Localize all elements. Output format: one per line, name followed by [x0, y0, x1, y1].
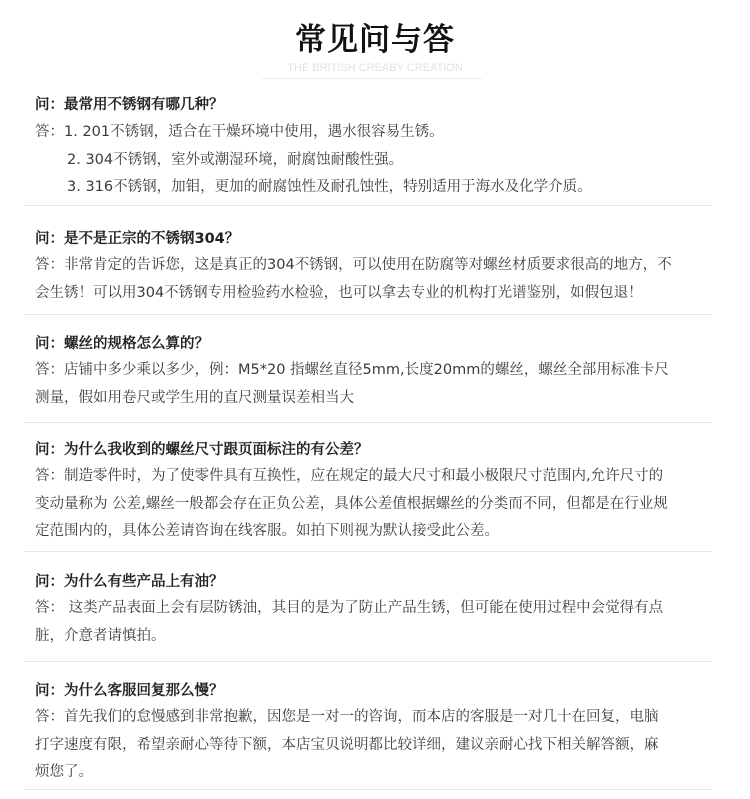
answer-line: 答：非常肯定的告诉您，这是真正的304不锈钢，可以使用在防腐等对螺丝材质要求很高… — [35, 252, 715, 280]
faq-answer: 答：1. 201不锈钢，适合在干燥环境中使用，遇水很容易生锈。 2. 304不锈… — [35, 119, 715, 202]
faq-item: 问：为什么我收到的螺丝尺寸跟页面标注的有公差？ 答：制造零件时，为了使零件具有互… — [24, 437, 712, 552]
answer-line: 答： 这类产品表面上会有层防锈油，其目的是为了防止产品生锈，但可能在使用过程中会… — [35, 595, 715, 623]
answer-line: 变动量称为 公差,螺丝一般都会存在正负公差，具体公差值根据螺丝的分类而不同，但都… — [35, 491, 715, 519]
faq-answer: 答：制造零件时，为了使零件具有互换性，应在规定的最大尺寸和最小极限尺寸范围内,允… — [35, 463, 715, 546]
faq-answer: 答： 这类产品表面上会有层防锈油，其目的是为了防止产品生锈，但可能在使用过程中会… — [35, 595, 715, 650]
faq-question: 问：为什么我收到的螺丝尺寸跟页面标注的有公差？ — [35, 437, 369, 463]
faq-item: 问：螺丝的规格怎么算的？ 答：店铺中多少乘以多少，例：M5*20 指螺丝直径5m… — [24, 331, 712, 423]
faq-answer: 答：店铺中多少乘以多少，例：M5*20 指螺丝直径5mm,长度20mm的螺丝，螺… — [35, 357, 715, 412]
faq-item: 问：为什么客服回复那么慢？ 答：首先我们的怠慢感到非常抱歉，因您是一对一的咨询，… — [24, 678, 712, 790]
faq-item: 问：是不是正宗的不锈钢304？ 答：非常肯定的告诉您，这是真正的304不锈钢，可… — [24, 226, 712, 315]
answer-line: 测量，假如用卷尺或学生用的直尺测量误差相当大 — [35, 385, 715, 413]
answer-line: 2. 304不锈钢，室外或潮湿环境，耐腐蚀耐酸性强。 — [35, 147, 715, 175]
page-header: 常见问与答 THE BRITISH CREABY CREATION — [0, 0, 750, 90]
answer-line: 答：1. 201不锈钢，适合在干燥环境中使用，遇水很容易生锈。 — [35, 119, 715, 147]
answer-line: 脏，介意者请慎拍。 — [35, 623, 715, 651]
faq-question: 问：最常用不锈钢有哪几种？ — [35, 92, 224, 118]
answer-line: 定范围内的，具体公差请咨询在线客服。如拍下则视为默认接受此公差。 — [35, 518, 715, 546]
answer-line: 答：首先我们的怠慢感到非常抱歉，因您是一对一的咨询，而本店的客服是一对几十在回复… — [35, 704, 715, 732]
answer-line: 答：制造零件时，为了使零件具有互换性，应在规定的最大尺寸和最小极限尺寸范围内,允… — [35, 463, 715, 491]
answer-line: 会生锈！可以用304不锈钢专用检验药水检验，也可以拿去专业的机构打光谱鉴别，如假… — [35, 280, 715, 308]
faq-item: 问：为什么有些产品上有油？ 答： 这类产品表面上会有层防锈油，其目的是为了防止产… — [24, 569, 712, 662]
answer-line: 3. 316不锈钢，加钼，更加的耐腐蚀性及耐孔蚀性，特别适用于海水及化学介质。 — [35, 174, 715, 202]
page-title: 常见问与答 — [0, 20, 750, 60]
answer-line: 烦您了。 — [35, 759, 715, 787]
faq-question: 问：是不是正宗的不锈钢304？ — [35, 226, 239, 252]
faq-question: 问：螺丝的规格怎么算的？ — [35, 331, 209, 357]
answer-line: 答：店铺中多少乘以多少，例：M5*20 指螺丝直径5mm,长度20mm的螺丝，螺… — [35, 357, 715, 385]
faq-item: 问：最常用不锈钢有哪几种？ 答：1. 201不锈钢，适合在干燥环境中使用，遇水很… — [24, 92, 712, 206]
faq-answer: 答：首先我们的怠慢感到非常抱歉，因您是一对一的咨询，而本店的客服是一对几十在回复… — [35, 704, 715, 787]
answer-line: 打字速度有限，希望亲耐心等待下额，本店宝贝说明都比较详细，建议亲耐心找下相关解答… — [35, 732, 715, 760]
faq-answer: 答：非常肯定的告诉您，这是真正的304不锈钢，可以使用在防腐等对螺丝材质要求很高… — [35, 252, 715, 307]
page-subtitle: THE BRITISH CREABY CREATION — [0, 61, 750, 75]
faq-question: 问：为什么客服回复那么慢？ — [35, 678, 224, 704]
header-divider — [262, 78, 482, 79]
faq-question: 问：为什么有些产品上有油？ — [35, 569, 224, 595]
